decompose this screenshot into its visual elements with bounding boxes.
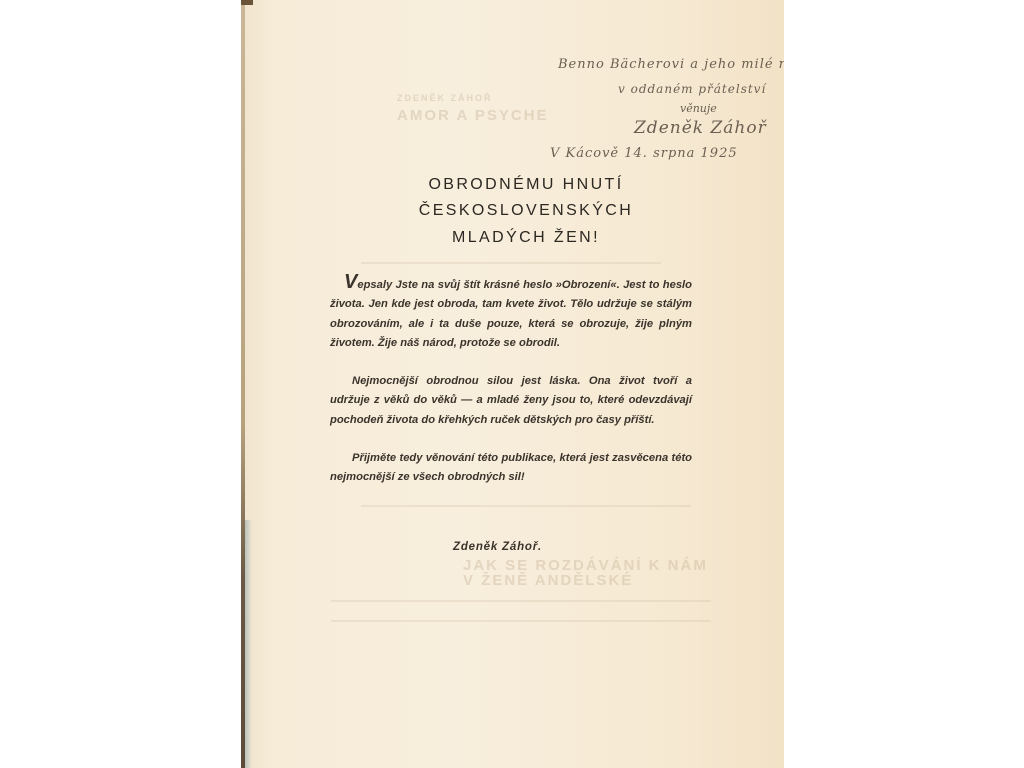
show-through-line	[361, 505, 691, 507]
show-through-line	[361, 262, 661, 264]
inscription-signature: Zdeněk Záhoř	[634, 118, 767, 138]
inscription-line-3: věnuje	[680, 102, 717, 115]
author-signature: Zdeněk Záhoř.	[453, 541, 542, 553]
title-line-2: ČESKOSLOVENSKÝCH	[371, 202, 681, 220]
show-through-line	[331, 620, 711, 622]
show-through-heading-2: V ŽENĚ ANDĚLSKÉ	[463, 572, 633, 589]
dedication-paragraph-2: Nejmocnější obrodnou silou jest láska. O…	[330, 372, 692, 430]
book-page: ZDENĚK ZÁHOŘ AMOR A PSYCHE JAK SE ROZDÁV…	[241, 0, 784, 768]
show-through-text-small: ZDENĚK ZÁHOŘ	[397, 93, 493, 103]
paragraph-text: Nejmocnější obrodnou silou jest láska. O…	[330, 372, 692, 430]
show-through-title: AMOR A PSYCHE	[397, 107, 549, 124]
inscription-place-date: V Kácově 14. srpna 1925	[550, 146, 738, 161]
page-corner	[241, 0, 253, 5]
dedication-paragraph-1: Vepsaly Jste na svůj štít krásné heslo »…	[330, 275, 692, 354]
title-line-3: MLADÝCH ŽEN!	[371, 229, 681, 247]
dedication-paragraph-3: Přijměte tedy věnování této publikace, k…	[330, 449, 692, 488]
paragraph-text: epsaly Jste na svůj štít krásné heslo »O…	[330, 279, 692, 349]
paragraph-text: Přijměte tedy věnování této publikace, k…	[330, 449, 692, 488]
inscription-line-1: Benno Bächerovi a jeho milé rodině	[558, 57, 784, 72]
inscription-line-2: v oddaném přátelství	[618, 82, 766, 96]
show-through-line	[331, 600, 711, 602]
title-line-1: OBRODNÉMU HNUTÍ	[371, 176, 681, 194]
page-edge-shadow	[245, 520, 252, 768]
drop-cap: V	[344, 271, 357, 293]
